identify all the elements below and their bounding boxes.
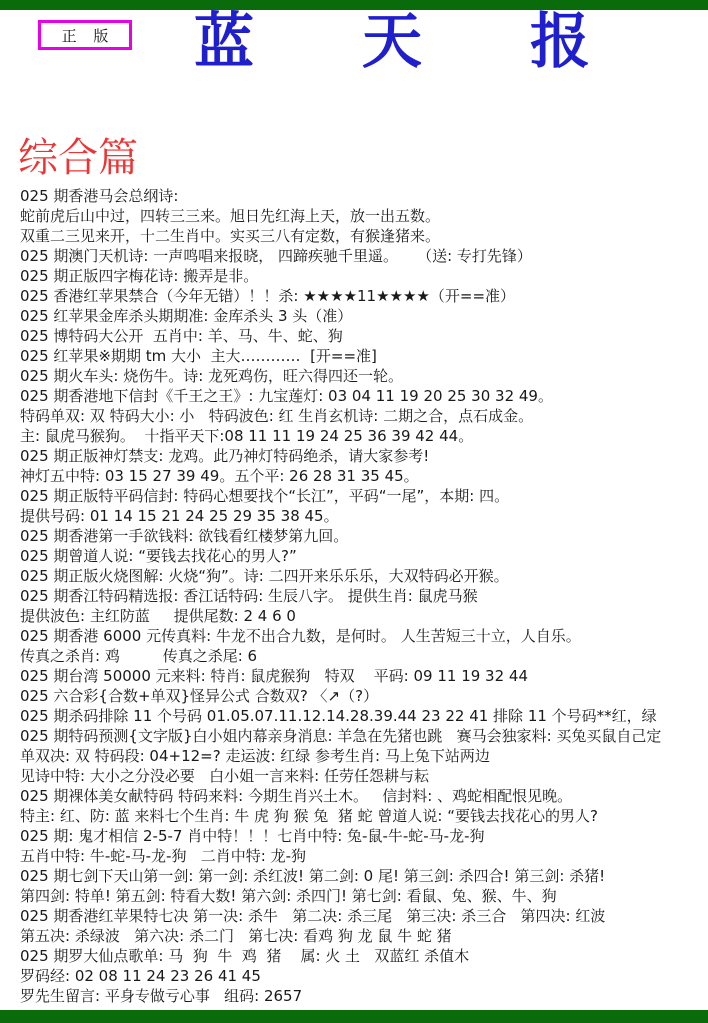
report-line: 提供波色: 主红防蓝 提供尾数: 2 4 6 0 (20, 606, 704, 626)
report-line: 罗码经: 02 08 11 24 23 26 41 45 (20, 966, 704, 986)
page-title-char: 蓝 (194, 12, 254, 72)
report-line: 025 香港红苹果禁合（今年无错）！！杀: ★★★★11★★★★（开==准） (20, 286, 704, 306)
report-line: 特码单双: 双 特码大小: 小 特码波色: 红 生肖玄机诗: 二期之合，点石成金… (20, 406, 704, 426)
report-line: 神灯五中特: 03 15 27 39 49。五个平: 26 28 31 35 4… (20, 466, 704, 486)
report-line: 025 期香港马会总纲诗: (20, 186, 704, 206)
report-line: 025 期罗大仙点歌单: 马 狗 牛 鸡 猪 属: 火 土 双蓝红 杀值木 (20, 946, 704, 966)
report-line: 025 期澳门天机诗: 一声鸣唱来报晓， 四蹄疾驰千里遥。 （送: 专打先锋） (20, 246, 704, 266)
report-line: 025 期正版特平码信封: 特码心想要找个“长江”，平码“一尾”，本期: 四。 (20, 486, 704, 506)
report-line: 025 期台湾 50000 元来料: 特肖: 鼠虎猴狗 特双 平码: 09 11… (20, 666, 704, 686)
report-line: 025 期特码预测{文字版}白小姐内幕亲身消息: 羊急在先猪也跳 赛马会独家料:… (20, 726, 704, 746)
report-line: 025 期裸体美女献特码 特码来料: 今期生肖兴土木。 信封料: 、鸡蛇相配恨见… (20, 786, 704, 806)
report-line: 025 期: 鬼才相信 2-5-7 肖中特！！！七肖中特: 兔-鼠-牛-蛇-马-… (20, 826, 704, 846)
bottom-border-bar (0, 1010, 708, 1023)
report-line: 025 期曾道人说: “要钱去找花心的男人?” (20, 546, 704, 566)
report-line: 025 期香江特码精选报: 香江话特码: 生辰八字。 提供生肖: 鼠虎马猴 (20, 586, 704, 606)
report-line: 025 期正版神灯禁支: 龙鸡。此乃神灯特码绝杀，请大家参考! (20, 446, 704, 466)
page-title-char: 报 (530, 12, 590, 72)
report-line: 025 六合彩{合数+单双}怪异公式 合数双? 〈↗（?） (20, 686, 704, 706)
top-border-bar (0, 0, 708, 10)
report-line: 五肖中特: 牛-蛇-马-龙-狗 二肖中特: 龙-狗 (20, 846, 704, 866)
report-line: 025 期香港第一手欲钱料: 欲钱看红楼梦第九回。 (20, 526, 704, 546)
report-line: 025 红苹果金库杀头期期准: 金库杀头 3 头（准） (20, 306, 704, 326)
report-line: 025 博特码大公开 五肖中: 羊、马、牛、蛇、狗 (20, 326, 704, 346)
report-line: 罗先生留言: 平身专做亏心事 组码: 2657 (20, 986, 704, 1006)
report-line: 025 期杀码排除 11 个号码 01.05.07.11.12.14.28.39… (20, 706, 704, 726)
report-line: 双重二三见来开，十二生肖中。实买三八有定数，有猴逢猪来。 (20, 226, 704, 246)
genuine-badge-label: 正 版 (62, 25, 115, 46)
report-line: 第四剑: 特单! 第五剑: 特看大数! 第六剑: 杀四门! 第七剑: 看鼠、兔、… (20, 886, 704, 906)
page-title: 蓝 天 报 (194, 12, 590, 72)
report-line: 025 期香港红苹果特七决 第一决: 杀牛 第二决: 杀三尾 第三决: 杀三合 … (20, 906, 704, 926)
report-line: 第五决: 杀绿波 第六决: 杀二门 第七决: 看鸡 狗 龙 鼠 牛 蛇 猪 (20, 926, 704, 946)
report-line: 特主: 红、防: 蓝 来料七个生肖: 牛 虎 狗 猴 兔 猪 蛇 曾道人说: “… (20, 806, 704, 826)
report-line: 025 期七剑下天山第一剑: 第一剑: 杀红波! 第二剑: 0 尾! 第三剑: … (20, 866, 704, 886)
report-line: 025 期火车头: 烧伤牛。诗: 龙死鸡伤，旺六得四还一轮。 (20, 366, 704, 386)
report-line: 025 期正版火烧图解: 火烧“狗”。诗: 二四开来乐乐乐，大双特码必开猴。 (20, 566, 704, 586)
genuine-badge: 正 版 (38, 20, 132, 50)
report-line: 025 期正版四字梅花诗: 搬弄是非。 (20, 266, 704, 286)
section-title: 综合篇 (18, 136, 138, 180)
report-line: 见诗中特: 大小之分没必要 白小姐一言来料: 任劳任怨耕与耘 (20, 766, 704, 786)
report-line: 单双决: 双 特码段: 04+12=? 走运波: 红绿 参考生肖: 马上兔下站两… (20, 746, 704, 766)
report-line: 025 红苹果※期期 tm 大小 主大………… [开==准] (20, 346, 704, 366)
page-title-char: 天 (362, 12, 422, 72)
report-page: 正 版 蓝 天 报 综合篇 025 期香港马会总纲诗:蛇前虎后山中过，四转三三来… (0, 0, 708, 1023)
report-line: 025 期香港 6000 元传真料: 牛龙不出合九数，是何时。 人生苦短三十立，… (20, 626, 704, 646)
report-line: 025 期香港地下信封《千王之王》: 九宝莲灯: 03 04 11 19 20 … (20, 386, 704, 406)
report-line: 传真之杀肖: 鸡 传真之杀尾: 6 (20, 646, 704, 666)
report-line: 主: 鼠虎马猴狗。 十指平天下:08 11 11 19 24 25 36 39 … (20, 426, 704, 446)
report-line: 提供号码: 01 14 15 21 24 25 29 35 38 45。 (20, 506, 704, 526)
report-line: 蛇前虎后山中过，四转三三来。旭日先红海上天，放一出五数。 (20, 206, 704, 226)
report-body: 025 期香港马会总纲诗:蛇前虎后山中过，四转三三来。旭日先红海上天，放一出五数… (20, 186, 704, 1006)
